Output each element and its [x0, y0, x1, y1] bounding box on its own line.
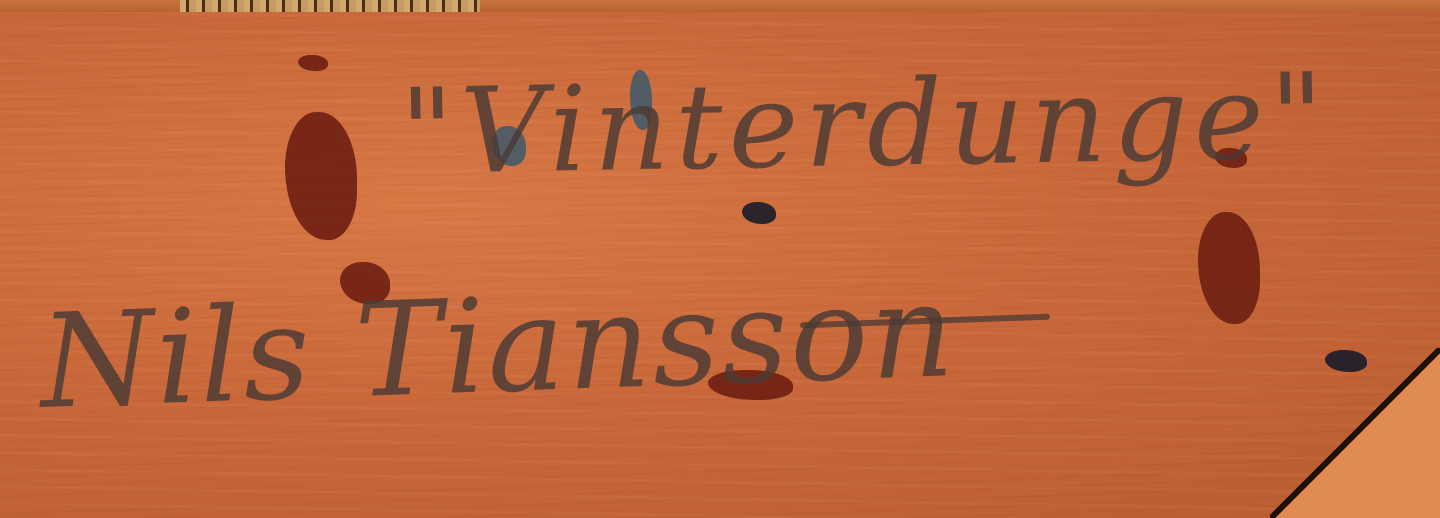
canvas-fiber-edge	[180, 0, 480, 12]
corner-joint	[1270, 348, 1440, 518]
inscription-title: "Vinterdunge"	[399, 47, 1331, 201]
artist-signature: Nils Tiansson	[38, 254, 959, 438]
